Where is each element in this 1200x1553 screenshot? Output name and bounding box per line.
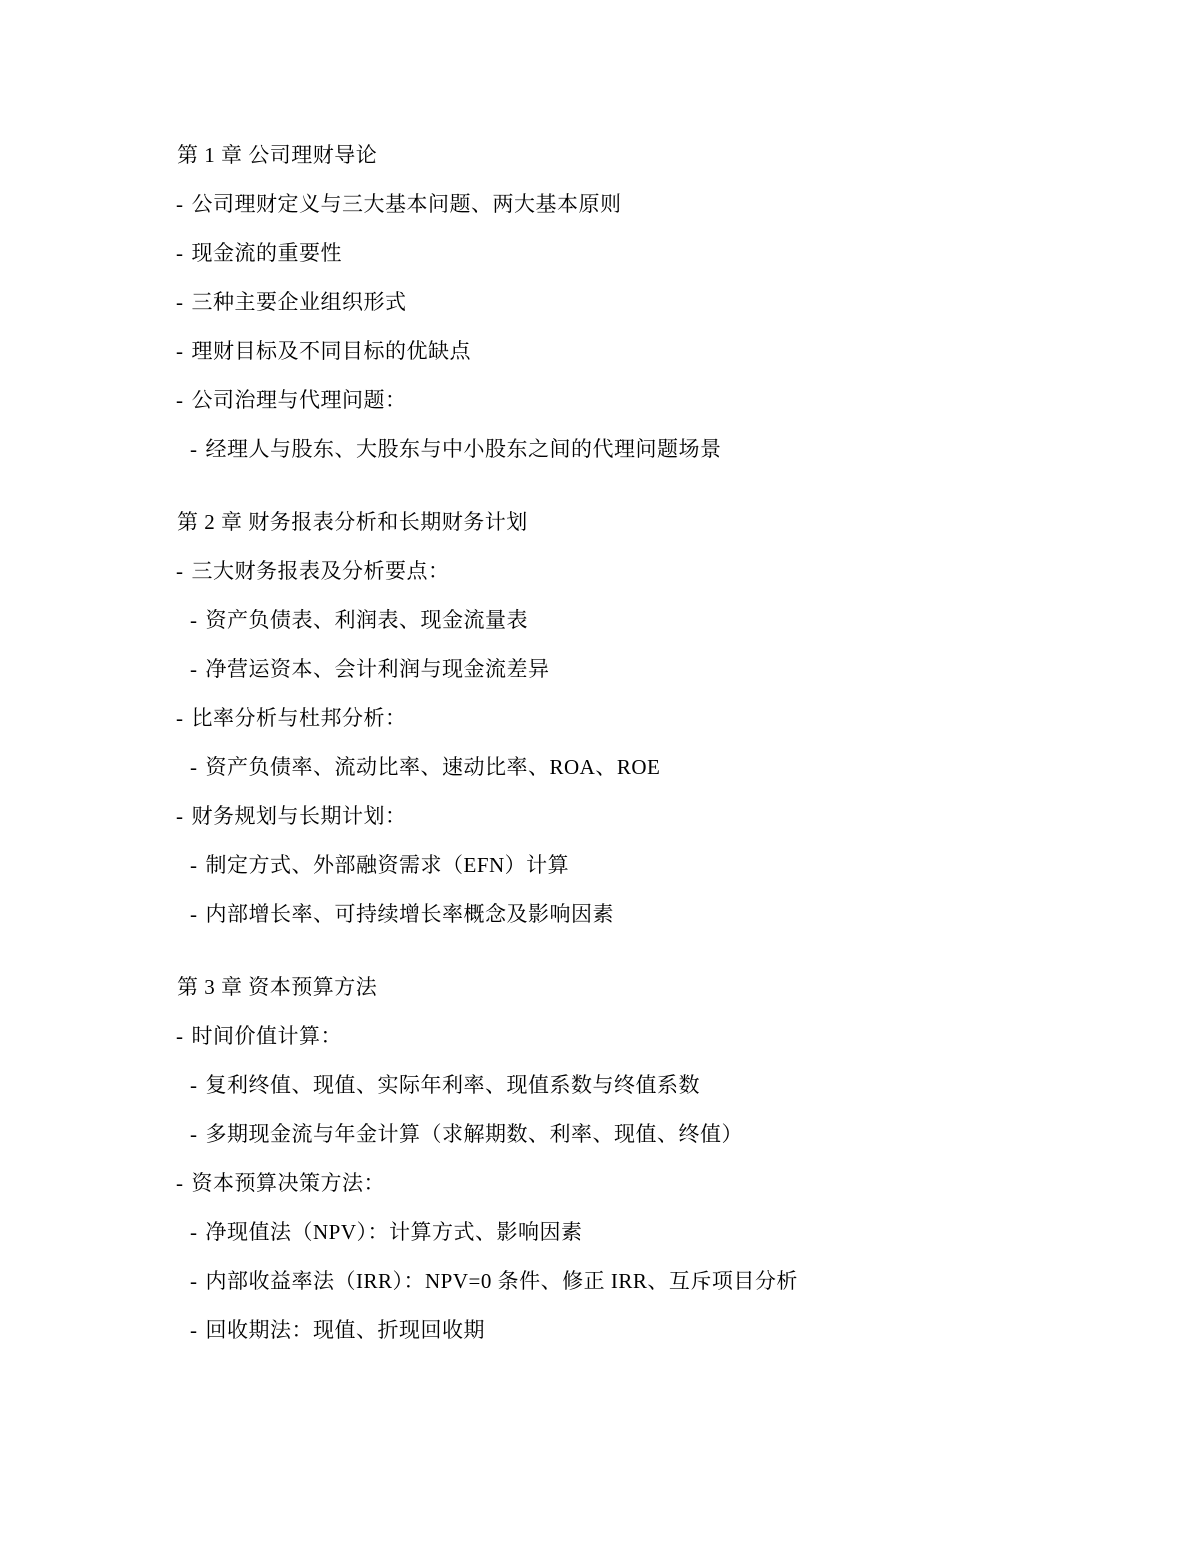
item-text: 内部收益率法（IRR）：NPV=0 条件、修正 IRR、互斥项目分析	[206, 1269, 798, 1293]
outline-item: -比率分析与杜邦分析：	[0, 706, 1200, 730]
bullet-marker: -	[176, 388, 184, 412]
bullet-marker: -	[176, 559, 184, 583]
outline-subitem: -资产负债率、流动比率、速动比率、ROA、ROE	[0, 755, 1200, 779]
bullet-marker: -	[176, 804, 184, 828]
outline-item: -三种主要企业组织形式	[0, 290, 1200, 314]
outline-item: -现金流的重要性	[0, 241, 1200, 265]
item-text: 资本预算决策方法：	[192, 1171, 386, 1195]
item-text: 回收期法：现值、折现回收期	[206, 1318, 486, 1342]
item-text: 净现值法（NPV）：计算方式、影响因素	[206, 1220, 583, 1244]
bullet-marker: -	[190, 1122, 198, 1146]
item-text: 净营运资本、会计利润与现金流差异	[206, 657, 550, 681]
bullet-marker: -	[176, 290, 184, 314]
bullet-marker: -	[176, 706, 184, 730]
bullet-marker: -	[176, 1024, 184, 1048]
bullet-marker: -	[176, 192, 184, 216]
item-text: 理财目标及不同目标的优缺点	[192, 339, 472, 363]
item-text: 复利终值、现值、实际年利率、现值系数与终值系数	[206, 1073, 701, 1097]
bullet-marker: -	[190, 1220, 198, 1244]
bullet-marker: -	[176, 241, 184, 265]
chapter-section-3: 第 3 章 资本预算方法 -时间价值计算： -复利终值、现值、实际年利率、现值系…	[0, 975, 1200, 1342]
document-content: 第 1 章 公司理财导论 -公司理财定义与三大基本问题、两大基本原则 -现金流的…	[0, 0, 1200, 1342]
outline-subitem: -内部收益率法（IRR）：NPV=0 条件、修正 IRR、互斥项目分析	[0, 1269, 1200, 1293]
outline-item: -资本预算决策方法：	[0, 1171, 1200, 1195]
bullet-marker: -	[190, 1318, 198, 1342]
outline-item: -三大财务报表及分析要点：	[0, 559, 1200, 583]
outline-subitem: -净现值法（NPV）：计算方式、影响因素	[0, 1220, 1200, 1244]
outline-subitem: -回收期法：现值、折现回收期	[0, 1318, 1200, 1342]
outline-item: -时间价值计算：	[0, 1024, 1200, 1048]
outline-subitem: -经理人与股东、大股东与中小股东之间的代理问题场景	[0, 437, 1200, 461]
document-page: 第 1 章 公司理财导论 -公司理财定义与三大基本问题、两大基本原则 -现金流的…	[0, 0, 1200, 1553]
outline-item: -公司治理与代理问题：	[0, 388, 1200, 412]
bullet-marker: -	[176, 1171, 184, 1195]
bullet-marker: -	[190, 1269, 198, 1293]
item-text: 经理人与股东、大股东与中小股东之间的代理问题场景	[206, 437, 722, 461]
chapter-title: 第 3 章 资本预算方法	[0, 975, 1200, 999]
item-text: 三种主要企业组织形式	[192, 290, 407, 314]
chapter-section-1: 第 1 章 公司理财导论 -公司理财定义与三大基本问题、两大基本原则 -现金流的…	[0, 143, 1200, 461]
item-text: 内部增长率、可持续增长率概念及影响因素	[206, 902, 615, 926]
item-text: 时间价值计算：	[192, 1024, 343, 1048]
outline-subitem: -复利终值、现值、实际年利率、现值系数与终值系数	[0, 1073, 1200, 1097]
bullet-marker: -	[190, 853, 198, 877]
bullet-marker: -	[176, 339, 184, 363]
bullet-marker: -	[190, 1073, 198, 1097]
item-text: 资产负债表、利润表、现金流量表	[206, 608, 529, 632]
outline-subitem: -制定方式、外部融资需求（EFN）计算	[0, 853, 1200, 877]
bullet-marker: -	[190, 608, 198, 632]
outline-subitem: -净营运资本、会计利润与现金流差异	[0, 657, 1200, 681]
chapter-title: 第 2 章 财务报表分析和长期财务计划	[0, 510, 1200, 534]
item-text: 资产负债率、流动比率、速动比率、ROA、ROE	[206, 755, 661, 779]
bullet-marker: -	[190, 902, 198, 926]
outline-subitem: -内部增长率、可持续增长率概念及影响因素	[0, 902, 1200, 926]
outline-subitem: -多期现金流与年金计算（求解期数、利率、现值、终值）	[0, 1122, 1200, 1146]
outline-subitem: -资产负债表、利润表、现金流量表	[0, 608, 1200, 632]
item-text: 公司理财定义与三大基本问题、两大基本原则	[192, 192, 622, 216]
chapter-section-2: 第 2 章 财务报表分析和长期财务计划 -三大财务报表及分析要点： -资产负债表…	[0, 510, 1200, 926]
chapter-title: 第 1 章 公司理财导论	[0, 143, 1200, 167]
bullet-marker: -	[190, 437, 198, 461]
item-text: 三大财务报表及分析要点：	[192, 559, 450, 583]
outline-item: -理财目标及不同目标的优缺点	[0, 339, 1200, 363]
item-text: 公司治理与代理问题：	[192, 388, 407, 412]
item-text: 现金流的重要性	[192, 241, 343, 265]
item-text: 多期现金流与年金计算（求解期数、利率、现值、终值）	[206, 1122, 744, 1146]
item-text: 比率分析与杜邦分析：	[192, 706, 407, 730]
bullet-marker: -	[190, 755, 198, 779]
bullet-marker: -	[190, 657, 198, 681]
outline-item: -财务规划与长期计划：	[0, 804, 1200, 828]
item-text: 制定方式、外部融资需求（EFN）计算	[206, 853, 570, 877]
item-text: 财务规划与长期计划：	[192, 804, 407, 828]
outline-item: -公司理财定义与三大基本问题、两大基本原则	[0, 192, 1200, 216]
